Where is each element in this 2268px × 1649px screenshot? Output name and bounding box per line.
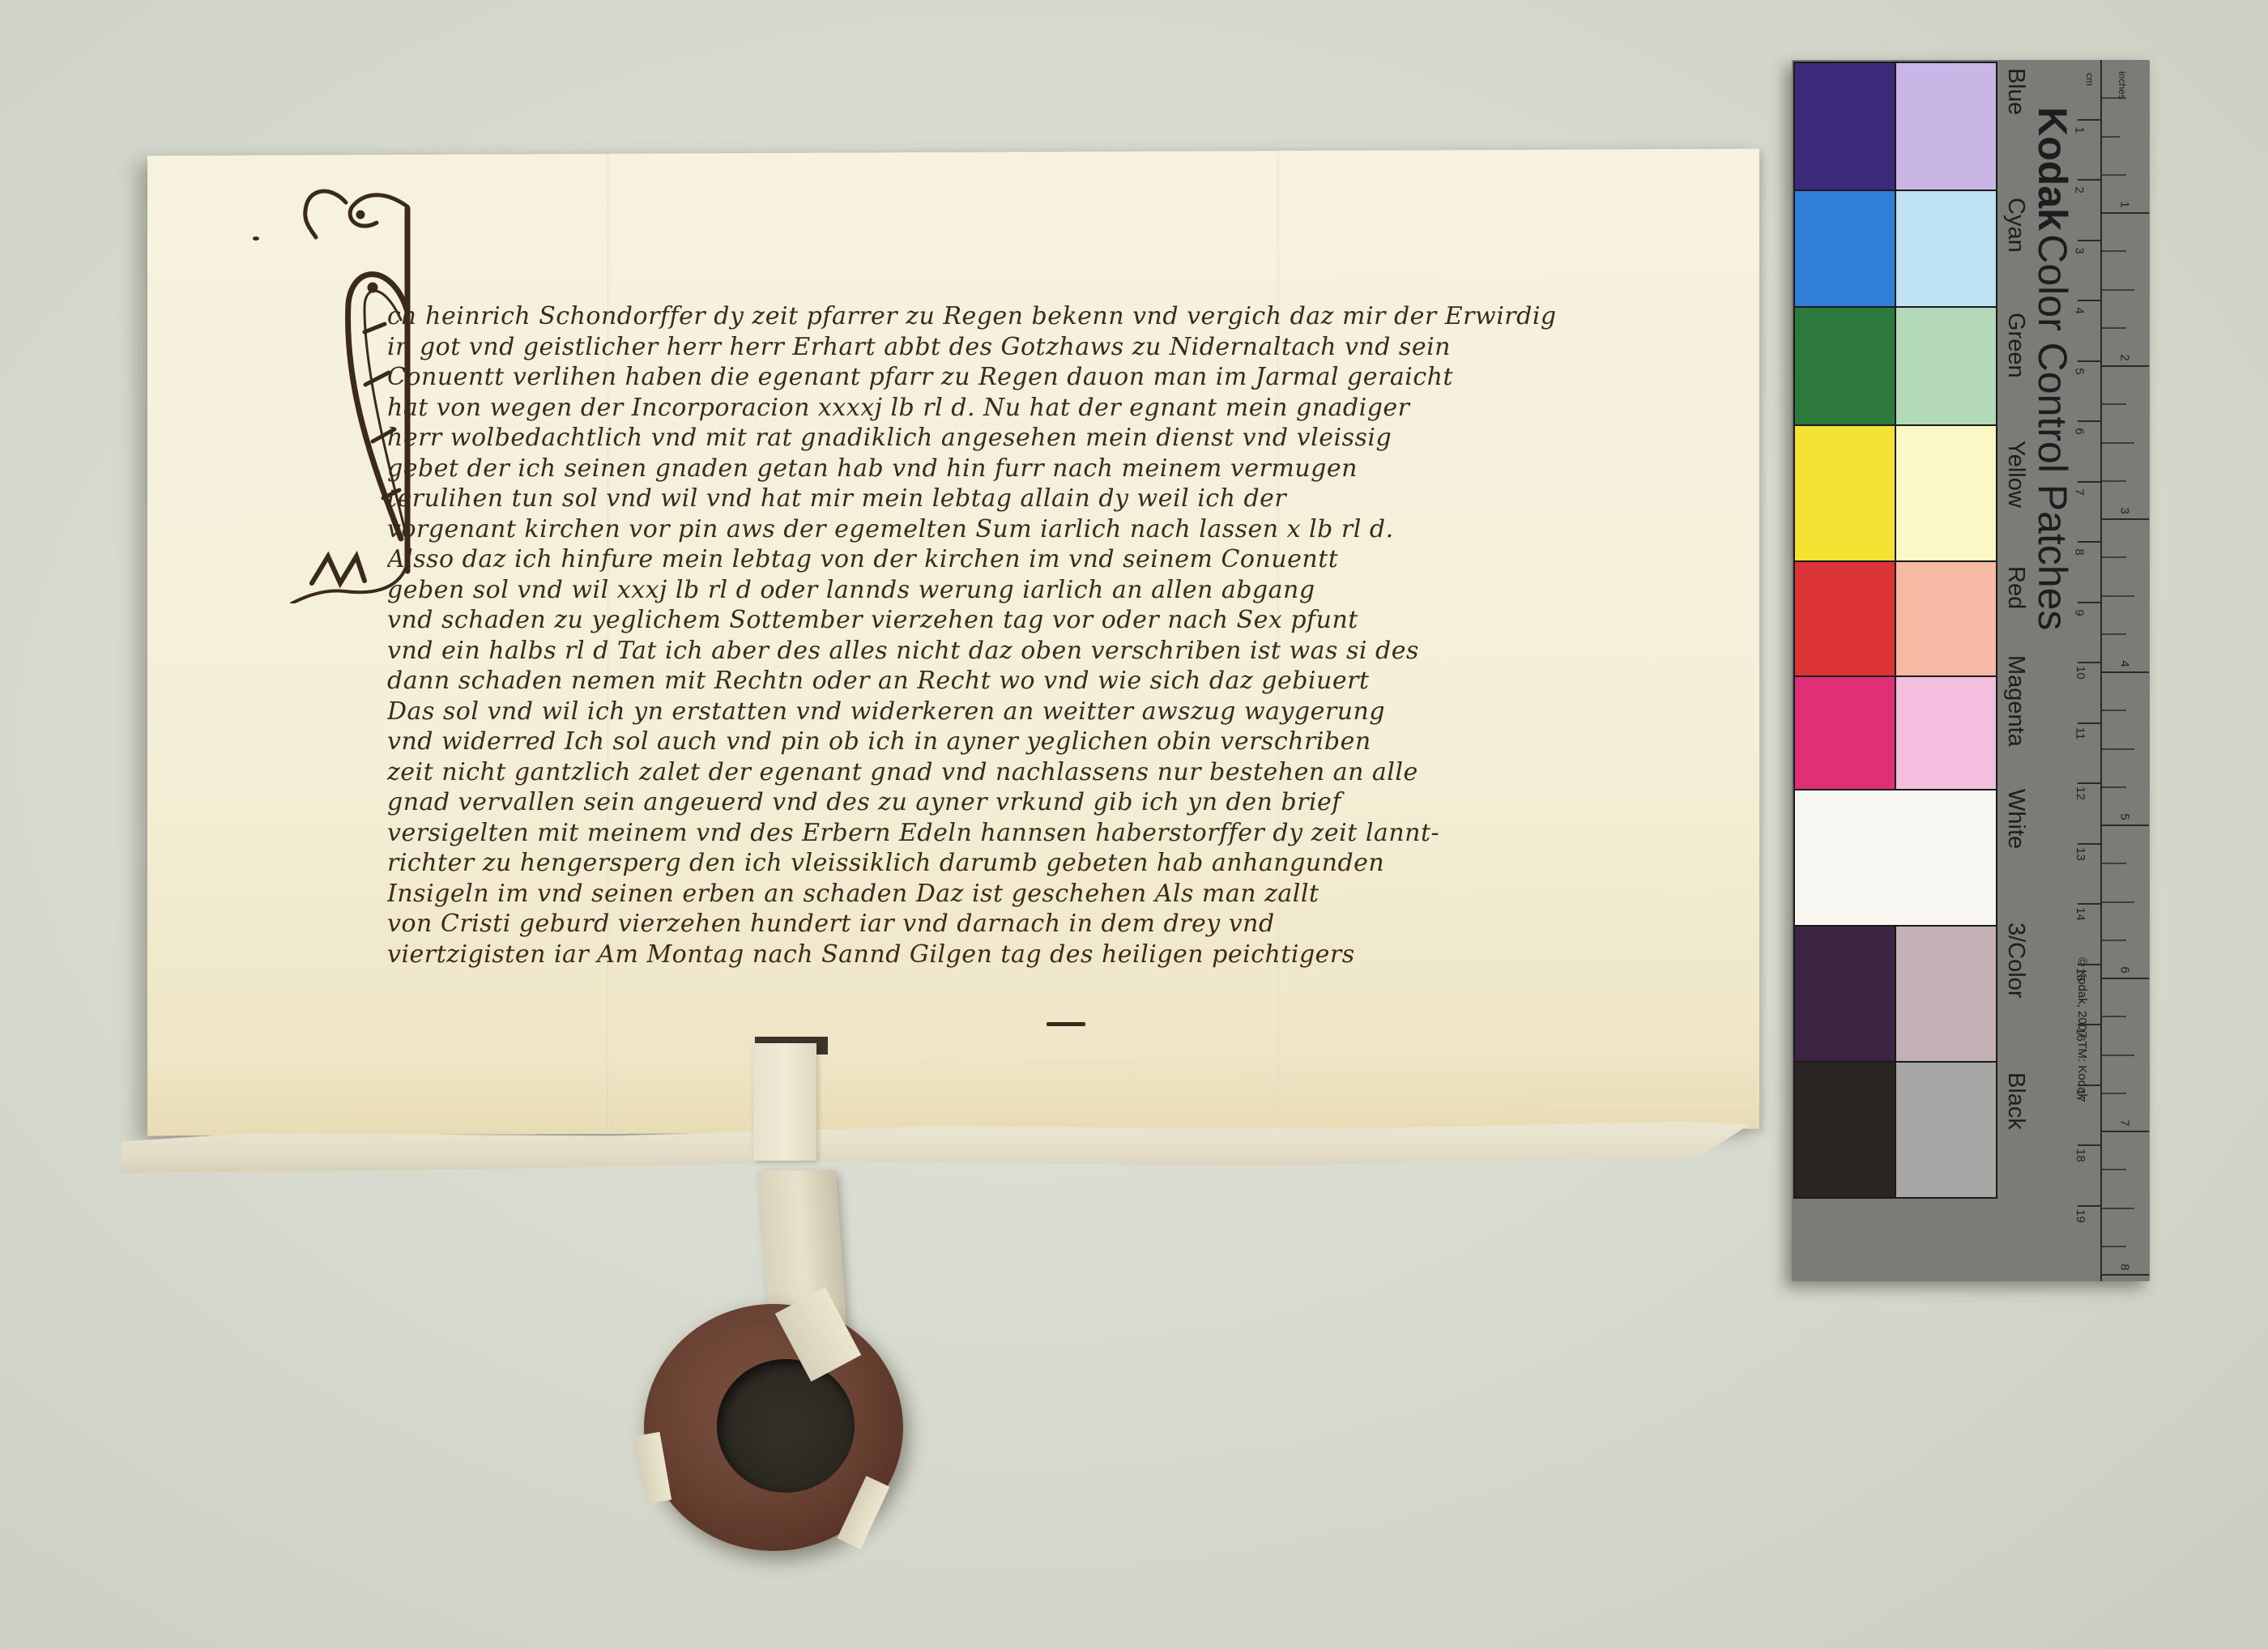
patch-3color-dark [1793, 925, 1896, 1063]
patch-blue-dark [1793, 62, 1896, 191]
ruler-cm-number: 3 [2073, 247, 2087, 254]
seal-tag-end [634, 1432, 671, 1504]
ruler-cm-number: 9 [2073, 609, 2087, 616]
text-line: dann schaden nemen mit Rechtn oder an Re… [387, 666, 1732, 697]
ruler-cm-number: 19 [2074, 1209, 2087, 1223]
text-line: in got vnd geistlicher herr herr Erhart … [387, 332, 1732, 363]
text-line: gebet der ich seinen gnaden getan hab vn… [387, 454, 1732, 484]
ink-dot [253, 236, 259, 241]
patch-blue-light [1895, 62, 1997, 191]
patch-magenta-light [1895, 675, 1997, 790]
text-line: hat von wegen der Incorporacion xxxxj lb… [387, 393, 1732, 424]
patch-yellow-light [1895, 424, 1997, 562]
color-patches [1792, 60, 1997, 1281]
ruler-cm-number: 8 [2073, 548, 2087, 555]
text-line: Alsso daz ich hinfure mein lebtag von de… [387, 544, 1732, 575]
patch-red-dark [1793, 560, 1896, 677]
text-line: Das sol vnd wil ich yn erstatten vnd wid… [387, 697, 1732, 727]
label-blue: Blue [2002, 68, 2029, 115]
text-line: geben sol vnd wil xxxj lb rl d oder lann… [387, 575, 1732, 606]
kodak-card-title: Color Control Patches [2030, 234, 2075, 630]
ruler-label-zone: Blue Cyan Green Yellow Red Magenta White… [1998, 60, 2150, 1281]
ruler-cm-number: 10 [2074, 666, 2087, 680]
patch-cyan-dark [1793, 190, 1896, 308]
ruler-inch-number: 4 [2118, 660, 2132, 667]
patch-white [1793, 789, 1997, 927]
label-black: Black [2002, 1072, 2029, 1130]
ruler-cm-number: 1 [2073, 126, 2087, 133]
text-line: terulihen tun sol vnd wil vnd hat mir me… [387, 484, 1732, 514]
ruler-inch-number: 2 [2118, 354, 2132, 360]
label-cyan: Cyan [2002, 198, 2029, 253]
label-yellow: Yellow [2002, 441, 2029, 508]
text-line: richter zu hengersperg den ich vleissikl… [387, 848, 1732, 879]
text-line: vnd ein halbs rl d Tat ich aber des alle… [387, 636, 1732, 667]
text-line: ch heinrich Schondorffer dy zeit pfarrer… [387, 301, 1732, 332]
ink-mark [1047, 1022, 1085, 1026]
charter-text: ch heinrich Schondorffer dy zeit pfarrer… [387, 301, 1732, 969]
ruler-inch-number: 5 [2118, 813, 2132, 820]
patch-red-light [1895, 560, 1997, 677]
text-line: vnd widerred Ich sol auch vnd pin ob ich… [387, 726, 1732, 757]
ruler-cm-number: 6 [2073, 428, 2087, 434]
ruler-inch-number: 3 [2118, 507, 2132, 513]
text-line: Insigeln im vnd seinen erben an schaden … [387, 879, 1732, 910]
ruler-cm-number: 5 [2073, 368, 2087, 374]
label-green: Green [2002, 313, 2029, 378]
patch-yellow-dark [1793, 424, 1896, 562]
ruler-cm-number: 16 [2074, 1028, 2087, 1042]
label-red: Red [2002, 566, 2029, 609]
wax-seal [644, 1304, 903, 1551]
kodak-color-card: Blue Cyan Green Yellow Red Magenta White… [1792, 60, 2150, 1281]
ruler-cm-number: 17 [2074, 1089, 2087, 1102]
ruler-inch-number: 8 [2118, 1263, 2132, 1270]
ruler-cm-number: 15 [2074, 968, 2087, 982]
kodak-brand: Kodak [2030, 107, 2075, 231]
label-3color: 3/Color [2002, 923, 2029, 999]
text-line: versigelten mit meinem vnd des Erbern Ed… [387, 818, 1732, 849]
text-line: Conuentt verlihen haben die egenant pfar… [387, 362, 1732, 393]
patch-green-light [1895, 306, 1997, 426]
text-line: vorgenant kirchen vor pin aws der egemel… [387, 514, 1732, 545]
label-magenta: Magenta [2002, 655, 2029, 747]
ruler-cm-number: 13 [2074, 847, 2087, 861]
ruler-inch-number: 7 [2118, 1119, 2132, 1126]
ruler-cm-number: 14 [2074, 907, 2087, 921]
text-line: viertzigisten iar Am Montag nach Sannd G… [387, 940, 1732, 970]
ruler-cm-number: 7 [2073, 488, 2087, 495]
ruler-cm-number: 11 [2073, 727, 2087, 740]
text-line: vnd schaden zu yeglichem Sottember vierz… [387, 605, 1732, 636]
patch-black-light [1895, 1061, 1997, 1199]
patch-cyan-light [1895, 190, 1997, 308]
label-white: White [2002, 789, 2029, 849]
ruler-inch-number: 6 [2118, 966, 2132, 973]
text-line: gnad vervallen sein angeuerd vnd des zu … [387, 787, 1732, 818]
ruler-cm-number: 18 [2074, 1148, 2087, 1162]
seal-imprint-icon [717, 1359, 855, 1493]
text-line: von Cristi geburd vierzehen hundert iar … [387, 909, 1732, 940]
patch-black-dark [1793, 1061, 1896, 1199]
patch-green-dark [1793, 306, 1896, 426]
ruler-inch-number: 1 [2118, 201, 2132, 207]
ruler-cm-number: 12 [2074, 786, 2087, 800]
patch-magenta-dark [1793, 675, 1896, 790]
ruler-cm-number: 4 [2073, 307, 2087, 313]
ruler-cm-number: 2 [2073, 186, 2087, 193]
seal-tag-end [838, 1476, 890, 1549]
text-line: herr wolbedachtlich vnd mit rat gnadikli… [387, 423, 1732, 454]
text-line: zeit nicht gantzlich zalet der egenant g… [387, 757, 1732, 788]
patch-3color-light [1895, 925, 1997, 1063]
seal-tag-ribbon [753, 1043, 816, 1161]
